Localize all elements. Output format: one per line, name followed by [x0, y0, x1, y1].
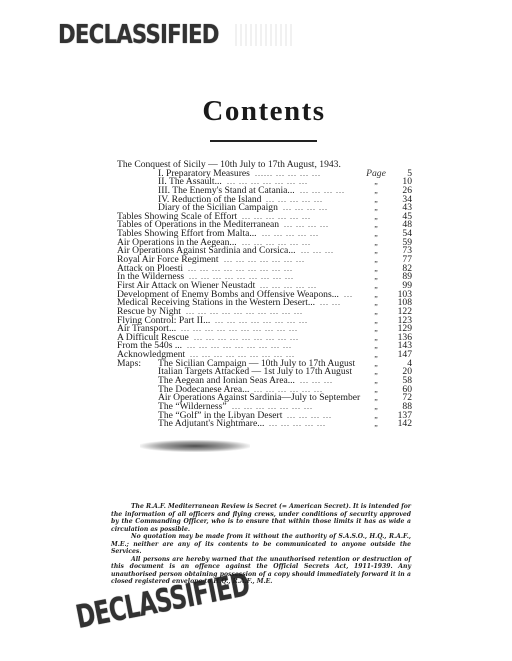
dot-leader: ... ... ... ... — [287, 412, 361, 421]
declassified-stamp-top: DECLASSIFIED — [58, 20, 219, 50]
dot-leader: ... ... ... ... ... ... ... ... — [215, 317, 361, 326]
dot-leader: ...... ... ... ... ... — [255, 170, 361, 179]
dot-leader: ... ... ... ... ... — [262, 230, 361, 239]
dot-leader: ... ... ... ... — [284, 221, 361, 230]
dot-leader: ... ... ... ... ... ... ... ... ... ... — [181, 325, 361, 334]
security-notice-paragraph-3: All persons are hereby warned that the u… — [111, 556, 411, 586]
faded-stamp-residue — [235, 24, 295, 46]
dot-leader: ... ... ... ... ... ... ... ... ... — [188, 265, 361, 274]
maps-prefix-label: Maps: — [117, 360, 141, 369]
dot-leader: ... ... ... ... ... ... ... ... ... ... — [186, 308, 361, 317]
dot-leader: ... ... ... ... ... ... ... ... ... — [194, 334, 361, 343]
dot-leader: ... ... ... ... ... — [266, 196, 361, 205]
dot-leader: ... ... ... ... ... ... ... ... ... — [187, 342, 361, 351]
dot-leader: ... ... ... ... ... — [269, 420, 361, 429]
page-number: 142 — [382, 420, 412, 429]
table-of-contents: The Conquest of Sicily — 10th July to 17… — [117, 161, 417, 429]
security-notice: The R.A.F. Mediterranean Review is Secre… — [111, 503, 411, 586]
dot-leader: ... ... ... — [301, 247, 361, 256]
dot-leader: ... — [344, 291, 361, 300]
dot-leader: ... ... — [320, 299, 361, 308]
security-notice-paragraph-1: The R.A.F. Mediterranean Review is Secre… — [111, 503, 411, 533]
title-rule — [210, 140, 317, 142]
page-title: Contents — [8, 95, 512, 128]
dot-leader: ... ... ... ... ... ... ... — [224, 256, 361, 265]
security-notice-paragraph-2: No quotation may be made from it without… — [111, 533, 411, 556]
dot-leader: ... ... ... — [300, 377, 361, 386]
dot-leader: ... ... ... ... — [300, 187, 361, 196]
ink-smudge — [140, 440, 250, 452]
dot-leader: ... ... ... ... — [283, 204, 361, 213]
toc-entry-title: The Adjutant's Nightmare... — [158, 420, 264, 429]
toc-entry: The Adjutant's Nightmare...... ... ... .… — [117, 420, 417, 429]
